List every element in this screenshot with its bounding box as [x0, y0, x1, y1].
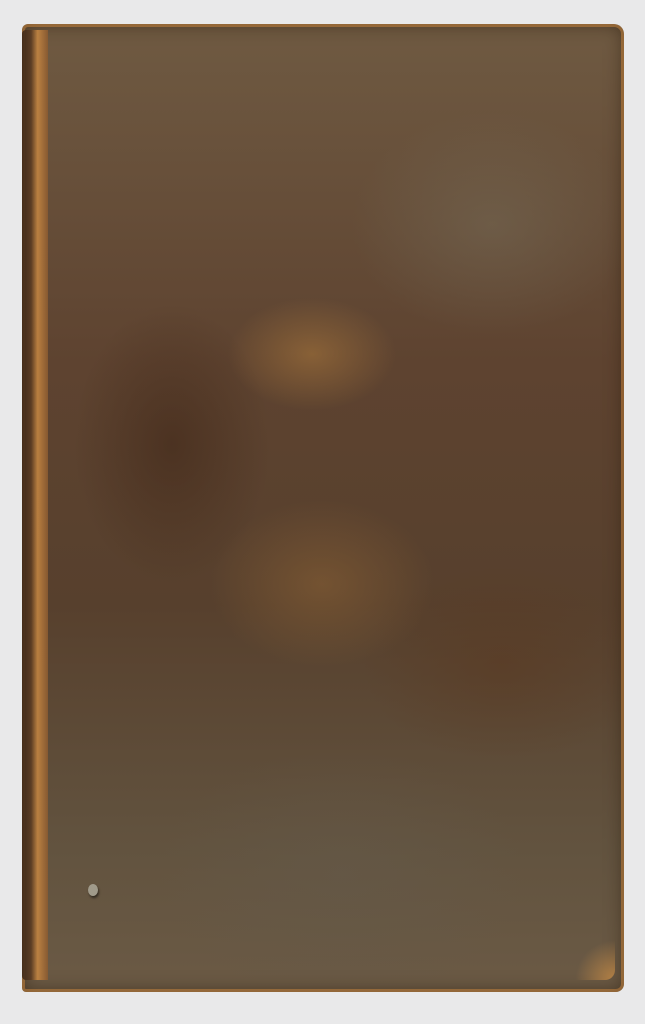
book-spine	[22, 30, 48, 980]
book-cover	[22, 24, 624, 992]
nail-head	[88, 884, 98, 896]
worn-corner	[575, 940, 615, 980]
